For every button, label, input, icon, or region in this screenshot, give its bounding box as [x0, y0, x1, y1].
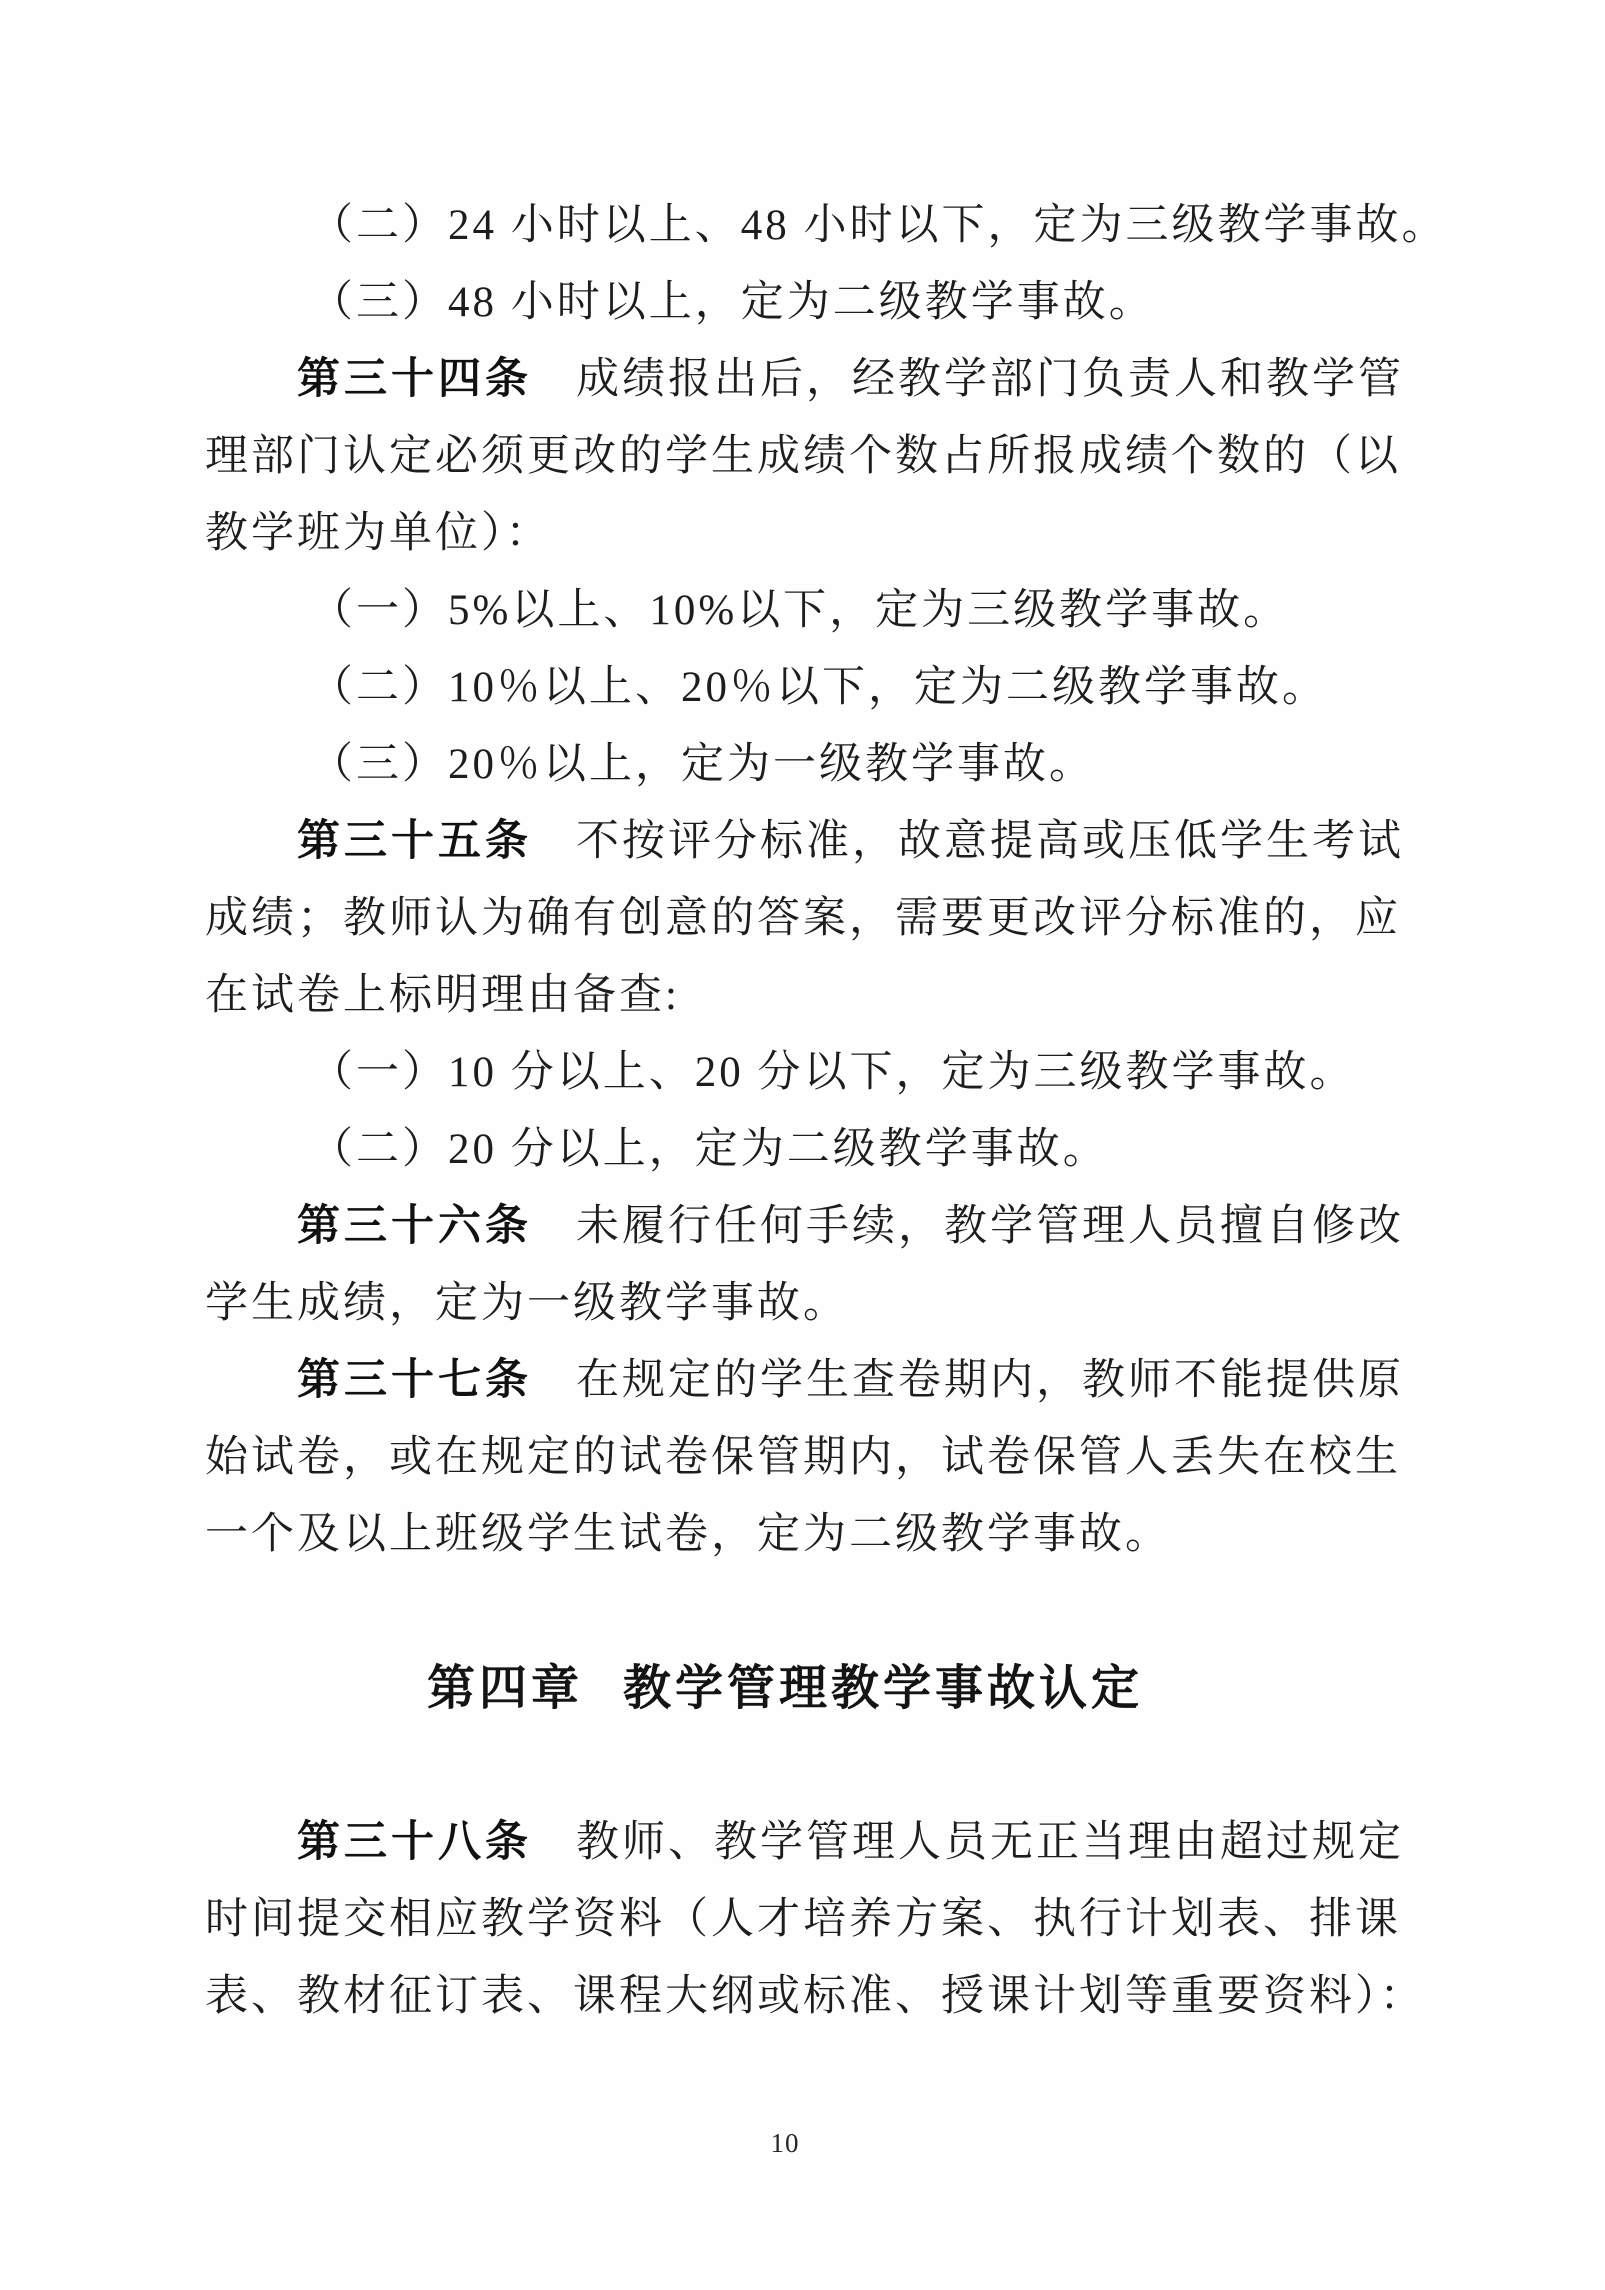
body-text: 表、教材征订表、课程大纲或标准、授课计划等重要资料）： [205, 1973, 1426, 2020]
clause-text: （三）48 小时以上，定为二级教学事故。 [310, 279, 1155, 326]
article-number: 第三十五条 [297, 817, 532, 865]
article-text: 不按评分标准，故意提高或压低学生考试 [576, 818, 1404, 865]
article-number: 第三十四条 [297, 355, 532, 403]
body-text: 在试卷上标明理由备查: [205, 972, 680, 1019]
body-text: 时间提交相应教学资料（人才培养方案、执行计划表、排课 [205, 1896, 1401, 1943]
article-text: 在规定的学生查卷期内，教师不能提供原 [576, 1357, 1404, 1404]
body-line: 理部门认定必须更改的学生成绩个数占所报成绩个数的（以 [205, 418, 1415, 495]
clause-text: （三）20％以上，定为一级教学事故。 [310, 741, 1095, 788]
body-line: 在试卷上标明理由备查: [205, 957, 1415, 1034]
clause-line: （三）20％以上，定为一级教学事故。 [205, 726, 1415, 803]
body-line: 学生成绩，定为一级教学事故。 [205, 1265, 1415, 1342]
body-text: 一个及以上班级学生试卷，定为二级教学事故。 [205, 1511, 1171, 1558]
article-line: 第三十五条不按评分标准，故意提高或压低学生考试 [205, 803, 1415, 880]
body-text: 教学班为单位）： [205, 510, 552, 557]
body-line: 成绩；教师认为确有创意的答案，需要更改评分标准的，应 [205, 880, 1415, 957]
chapter-number: 第四章 [427, 1662, 583, 1715]
document-body: （二）24 小时以上、48 小时以下，定为三级教学事故。 （三）48 小时以上，… [205, 187, 1415, 2035]
page-number: 10 [0, 2128, 1570, 2159]
chapter-heading: 第四章教学管理教学事故认定 [180, 1650, 1390, 1727]
scanned-document-page: （二）24 小时以上、48 小时以下，定为三级教学事故。 （三）48 小时以上，… [0, 0, 1605, 2290]
body-line: 始试卷，或在规定的试卷保管期内，试卷保管人丢失在校生 [205, 1419, 1415, 1496]
clause-text: （一）5%以上、10%以下，定为三级教学事故。 [310, 587, 1289, 634]
clause-line: （二）24 小时以上、48 小时以下，定为三级教学事故。 [205, 187, 1415, 264]
clause-line: （一）10 分以上、20 分以下，定为三级教学事故。 [205, 1034, 1415, 1111]
article-number: 第三十八条 [297, 1818, 532, 1866]
article-line: 第三十四条成绩报出后，经教学部门负责人和教学管 [205, 341, 1415, 418]
body-text: 成绩；教师认为确有创意的答案，需要更改评分标准的，应 [205, 895, 1401, 942]
article-number: 第三十六条 [297, 1202, 532, 1250]
clause-line: （三）48 小时以上，定为二级教学事故。 [205, 264, 1415, 341]
body-line: 表、教材征订表、课程大纲或标准、授课计划等重要资料）： [205, 1958, 1415, 2035]
clause-text: （二）24 小时以上、48 小时以下，定为三级教学事故。 [310, 202, 1448, 249]
clause-text: （一）10 分以上、20 分以下，定为三级教学事故。 [310, 1049, 1356, 1096]
clause-line: （二）20 分以上，定为二级教学事故。 [205, 1111, 1415, 1188]
article-text: 教师、教学管理人员无正当理由超过规定 [576, 1819, 1404, 1866]
body-text: 始试卷，或在规定的试卷保管期内，试卷保管人丢失在校生 [205, 1434, 1401, 1481]
article-text: 成绩报出后，经教学部门负责人和教学管 [576, 356, 1404, 403]
blank-line [205, 1573, 1415, 1650]
article-line: 第三十八条教师、教学管理人员无正当理由超过规定 [205, 1804, 1415, 1881]
article-line: 第三十六条未履行任何手续，教学管理人员擅自修改 [205, 1188, 1415, 1265]
article-line: 第三十七条在规定的学生查卷期内，教师不能提供原 [205, 1342, 1415, 1419]
clause-text: （二）20 分以上，定为二级教学事故。 [310, 1126, 1109, 1173]
clause-text: （二）10％以上、20％以下，定为二级教学事故。 [310, 664, 1328, 711]
clause-line: （二）10％以上、20％以下，定为二级教学事故。 [205, 649, 1415, 726]
clause-line: （一）5%以上、10%以下，定为三级教学事故。 [205, 572, 1415, 649]
body-line: 教学班为单位）： [205, 495, 1415, 572]
body-line: 时间提交相应教学资料（人才培养方案、执行计划表、排课 [205, 1881, 1415, 1958]
body-line: 一个及以上班级学生试卷，定为二级教学事故。 [205, 1496, 1415, 1573]
blank-line [205, 1727, 1415, 1804]
body-text: 学生成绩，定为一级教学事故。 [205, 1280, 849, 1327]
article-number: 第三十七条 [297, 1356, 532, 1404]
chapter-title: 教学管理教学事故认定 [623, 1662, 1143, 1715]
body-text: 理部门认定必须更改的学生成绩个数占所报成绩个数的（以 [205, 433, 1401, 480]
article-text: 未履行任何手续，教学管理人员擅自修改 [576, 1203, 1404, 1250]
